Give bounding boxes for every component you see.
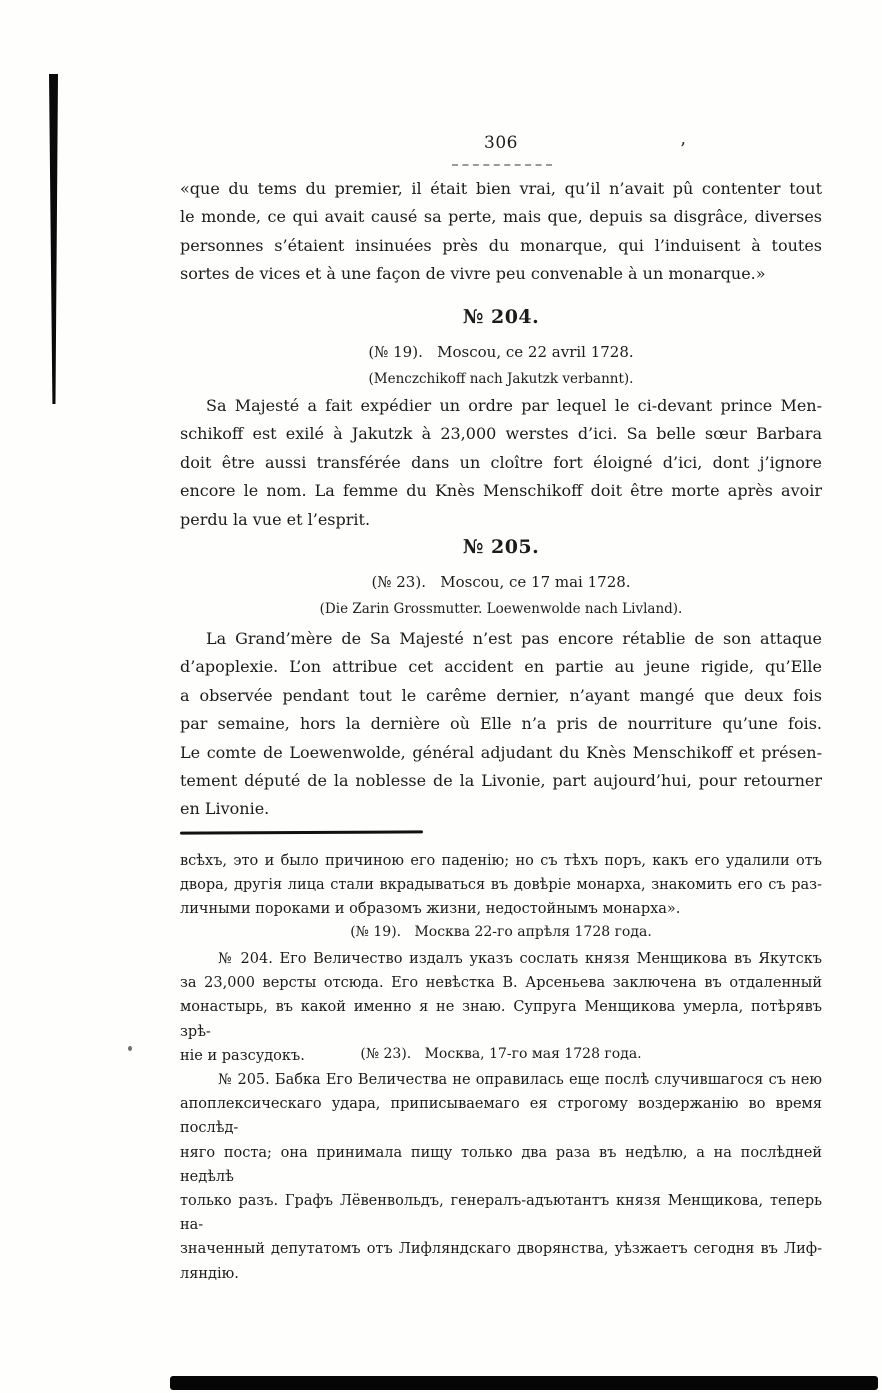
text-line: perdu la vue et l’esprit. (180, 506, 822, 534)
footnote-continuation: всѣхъ, это и было причиною его паденію; … (180, 849, 822, 922)
page-number: 306 (180, 133, 822, 153)
entry-204-dateline: (№ 19). Moscou, ce 22 avril 1728. (180, 343, 822, 361)
scan-artifact-speck (128, 1046, 132, 1051)
entry-205-paragraph: La Grand’mère de Sa Majesté n’est pas en… (180, 625, 822, 824)
text-line: tement député de la noblesse de la Livon… (180, 767, 822, 795)
text-line: № 205. Бабка Его Величества не оправилас… (180, 1068, 822, 1092)
text-line: par semaine, hors la dernière où Elle n’… (180, 710, 822, 738)
text-line: значенный депутатомъ отъ Лифляндскаго дв… (180, 1237, 822, 1261)
text-line: только разъ. Графъ Лёвенвольдъ, генералъ… (180, 1189, 822, 1237)
entry-205-heading: № 205. (180, 536, 822, 558)
footnote-205: № 205. Бабка Его Величества не оправилас… (180, 1068, 822, 1286)
text-line: doit être aussi transférée dans un cloît… (180, 449, 822, 477)
text-line: personnes s’étaient insinuées près du mo… (180, 232, 822, 260)
text-line: sortes de vices et à une façon de vivre … (180, 260, 822, 288)
text-line: en Livonie. (180, 795, 822, 823)
footnote-dateline-23: (№ 23). Москва, 17-го мая 1728 года. (180, 1046, 822, 1062)
text-line: двора, другія лица стали вкрадываться въ… (180, 873, 822, 897)
text-line: няго поста; она принимала пищу только дв… (180, 1141, 822, 1189)
entry-204-paragraph: Sa Majesté a fait expédier un ordre par … (180, 392, 822, 534)
footnote-dateline-19: (№ 19). Москва 22-го апрѣля 1728 года. (180, 924, 822, 940)
text-line: личными пороками и образомъ жизни, недос… (180, 897, 822, 921)
entry-205-subtitle: (Die Zarin Grossmutter. Loewenwolde nach… (180, 601, 822, 617)
scan-artifact-bottom-bar (170, 1376, 878, 1390)
text-line: апоплексическаго удара, приписываемаго е… (180, 1092, 822, 1140)
text-line: encore le nom. La femme du Knès Menschik… (180, 477, 822, 505)
text-line: schikoff est exilé à Jakutzk à 23,000 we… (180, 420, 822, 448)
text-line: за 23,000 версты отсюда. Его невѣстка В.… (180, 971, 822, 995)
text-line: № 204. Его Величество издалъ указъ сосла… (180, 947, 822, 971)
text-line: всѣхъ, это и было причиною его паденію; … (180, 849, 822, 873)
text-line: «que du tems du premier, il était bien v… (180, 175, 822, 203)
text-line: Sa Majesté a fait expédier un ordre par … (180, 392, 822, 420)
scan-artifact-left-bar (49, 74, 58, 404)
text-line: La Grand’mère de Sa Majesté n’est pas en… (180, 625, 822, 653)
footnote-separator (180, 830, 423, 834)
entry-205-dateline: (№ 23). Moscou, ce 17 mai 1728. (180, 573, 822, 591)
text-line: Le comte de Loewenwolde, général adjudan… (180, 739, 822, 767)
entry-204-subtitle: (Menczchikoff nach Jakutzk verbannt). (180, 371, 822, 387)
text-line: d’apoplexie. L’on attribue cet accident … (180, 653, 822, 681)
entry-204-heading: № 204. (180, 306, 822, 328)
text-line: ляндію. (180, 1262, 822, 1286)
text-line: a observée pendant tout le carême dernie… (180, 682, 822, 710)
scan-artifact-underline (452, 164, 552, 166)
text-line: монастырь, въ какой именно я не знаю. Су… (180, 995, 822, 1043)
text-line: le monde, ce qui avait causé sa perte, m… (180, 203, 822, 231)
quote-paragraph: «que du tems du premier, il était bien v… (180, 175, 822, 289)
scanned-book-page: ’ 306 «que du tems du premier, il était … (0, 0, 882, 1393)
